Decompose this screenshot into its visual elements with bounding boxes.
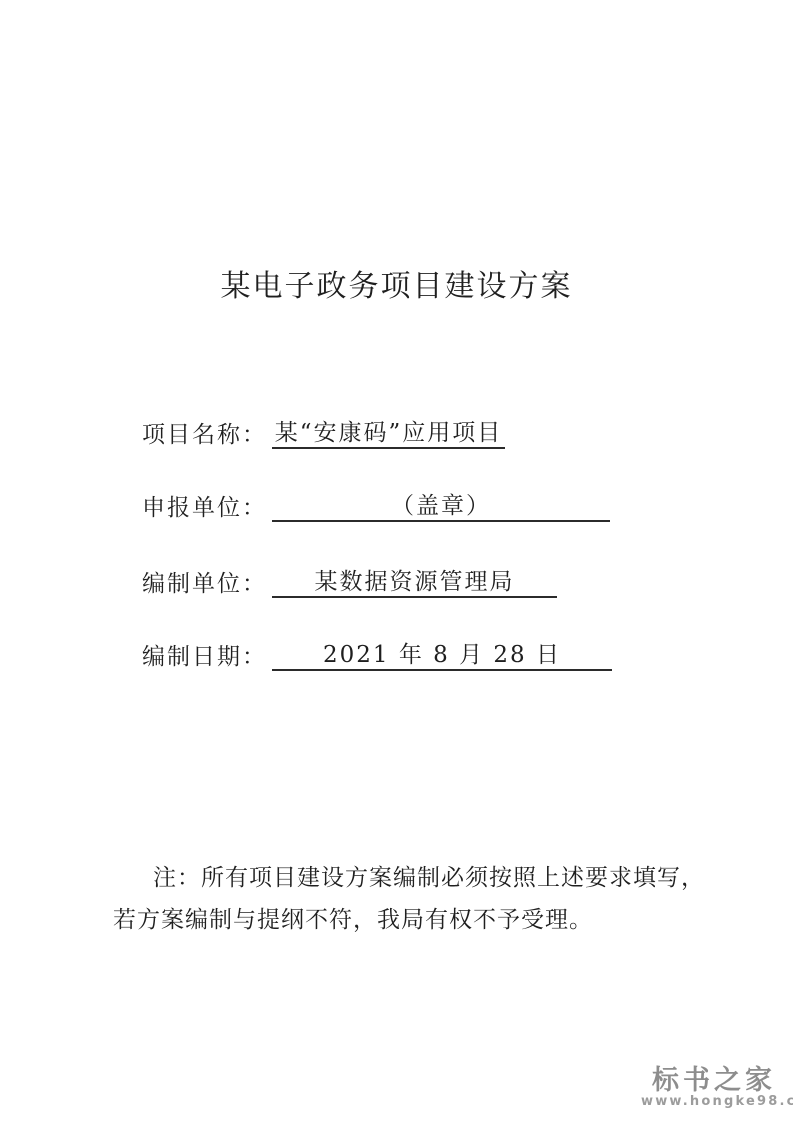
document-title: 某电子政务项目建设方案 [0, 261, 793, 305]
field-row-applicant-unit: 申报单位： （盖章） [142, 493, 610, 522]
document-page: 某电子政务项目建设方案 项目名称： 某“安康码”应用项目 申报单位： （盖章） … [0, 0, 793, 1122]
project-name-value-underline: 某“安康码”应用项目 [272, 420, 505, 449]
applicant-unit-value-underline: （盖章） [272, 493, 610, 522]
field-row-preparation-date: 编制日期： 2021 年 8 月 28 日 [142, 642, 612, 671]
preparing-unit-label: 编制单位： [142, 571, 272, 598]
applicant-unit-label: 申报单位： [142, 495, 272, 522]
preparing-unit-value-underline: 某数据资源管理局 [272, 569, 557, 598]
preparation-date-value-underline: 2021 年 8 月 28 日 [272, 642, 612, 671]
watermark-site-name: 标书之家 [652, 1058, 776, 1097]
project-name-label: 项目名称： [142, 422, 272, 449]
note-text-line-1: 注：所有项目建设方案编制必须按照上述要求填写， [153, 864, 705, 892]
preparation-date-label: 编制日期： [142, 644, 272, 671]
field-row-project-name: 项目名称： 某“安康码”应用项目 [142, 420, 505, 449]
note-text-line-2: 若方案编制与提纲不符，我局有权不予受理。 [113, 906, 593, 934]
field-row-preparing-unit: 编制单位： 某数据资源管理局 [142, 569, 557, 598]
watermark-site-url: www.hongke98.com [641, 1094, 793, 1109]
